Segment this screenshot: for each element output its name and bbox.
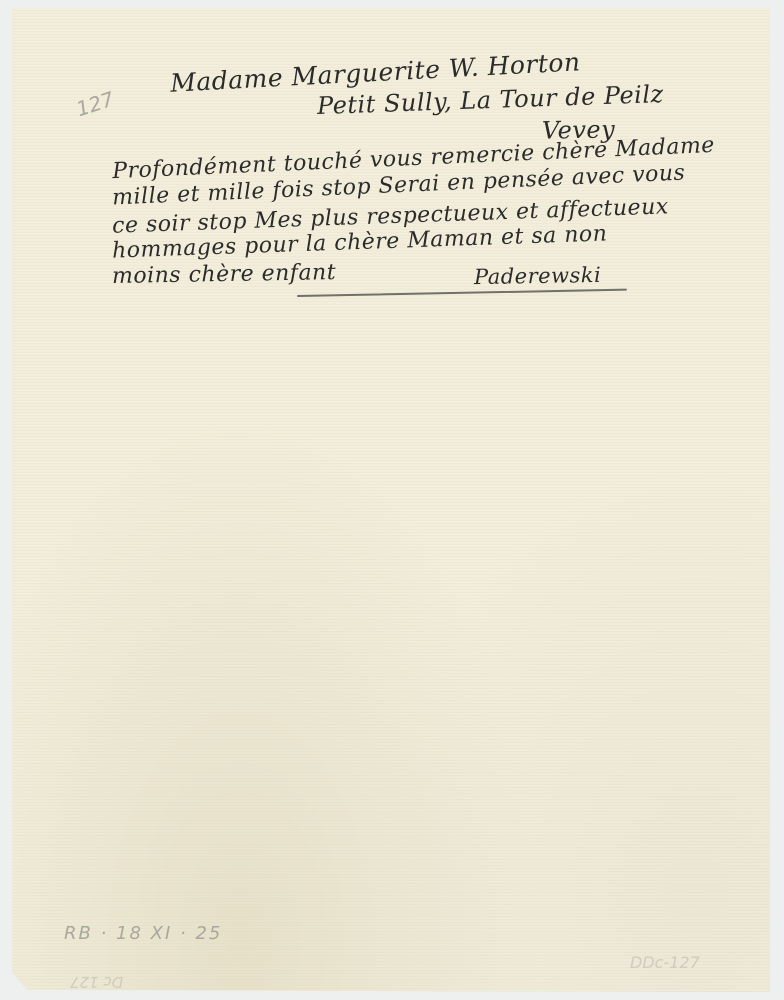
signature: Paderewski — [474, 263, 602, 289]
signature-underline — [297, 289, 627, 297]
scanned-document: 127 Madame Marguerite W. Horton Petit Su… — [0, 0, 784, 1000]
archive-reference: RB · 18 XI · 25 — [64, 923, 222, 944]
archive-reference-corner: DDc-127 — [630, 953, 700, 972]
archive-reference-faint: Dc 127 — [70, 973, 123, 991]
body-line: moins chère enfant — [112, 260, 336, 289]
letter-paper: 127 Madame Marguerite W. Horton Petit Su… — [12, 8, 770, 992]
folio-number: 127 — [73, 87, 117, 122]
